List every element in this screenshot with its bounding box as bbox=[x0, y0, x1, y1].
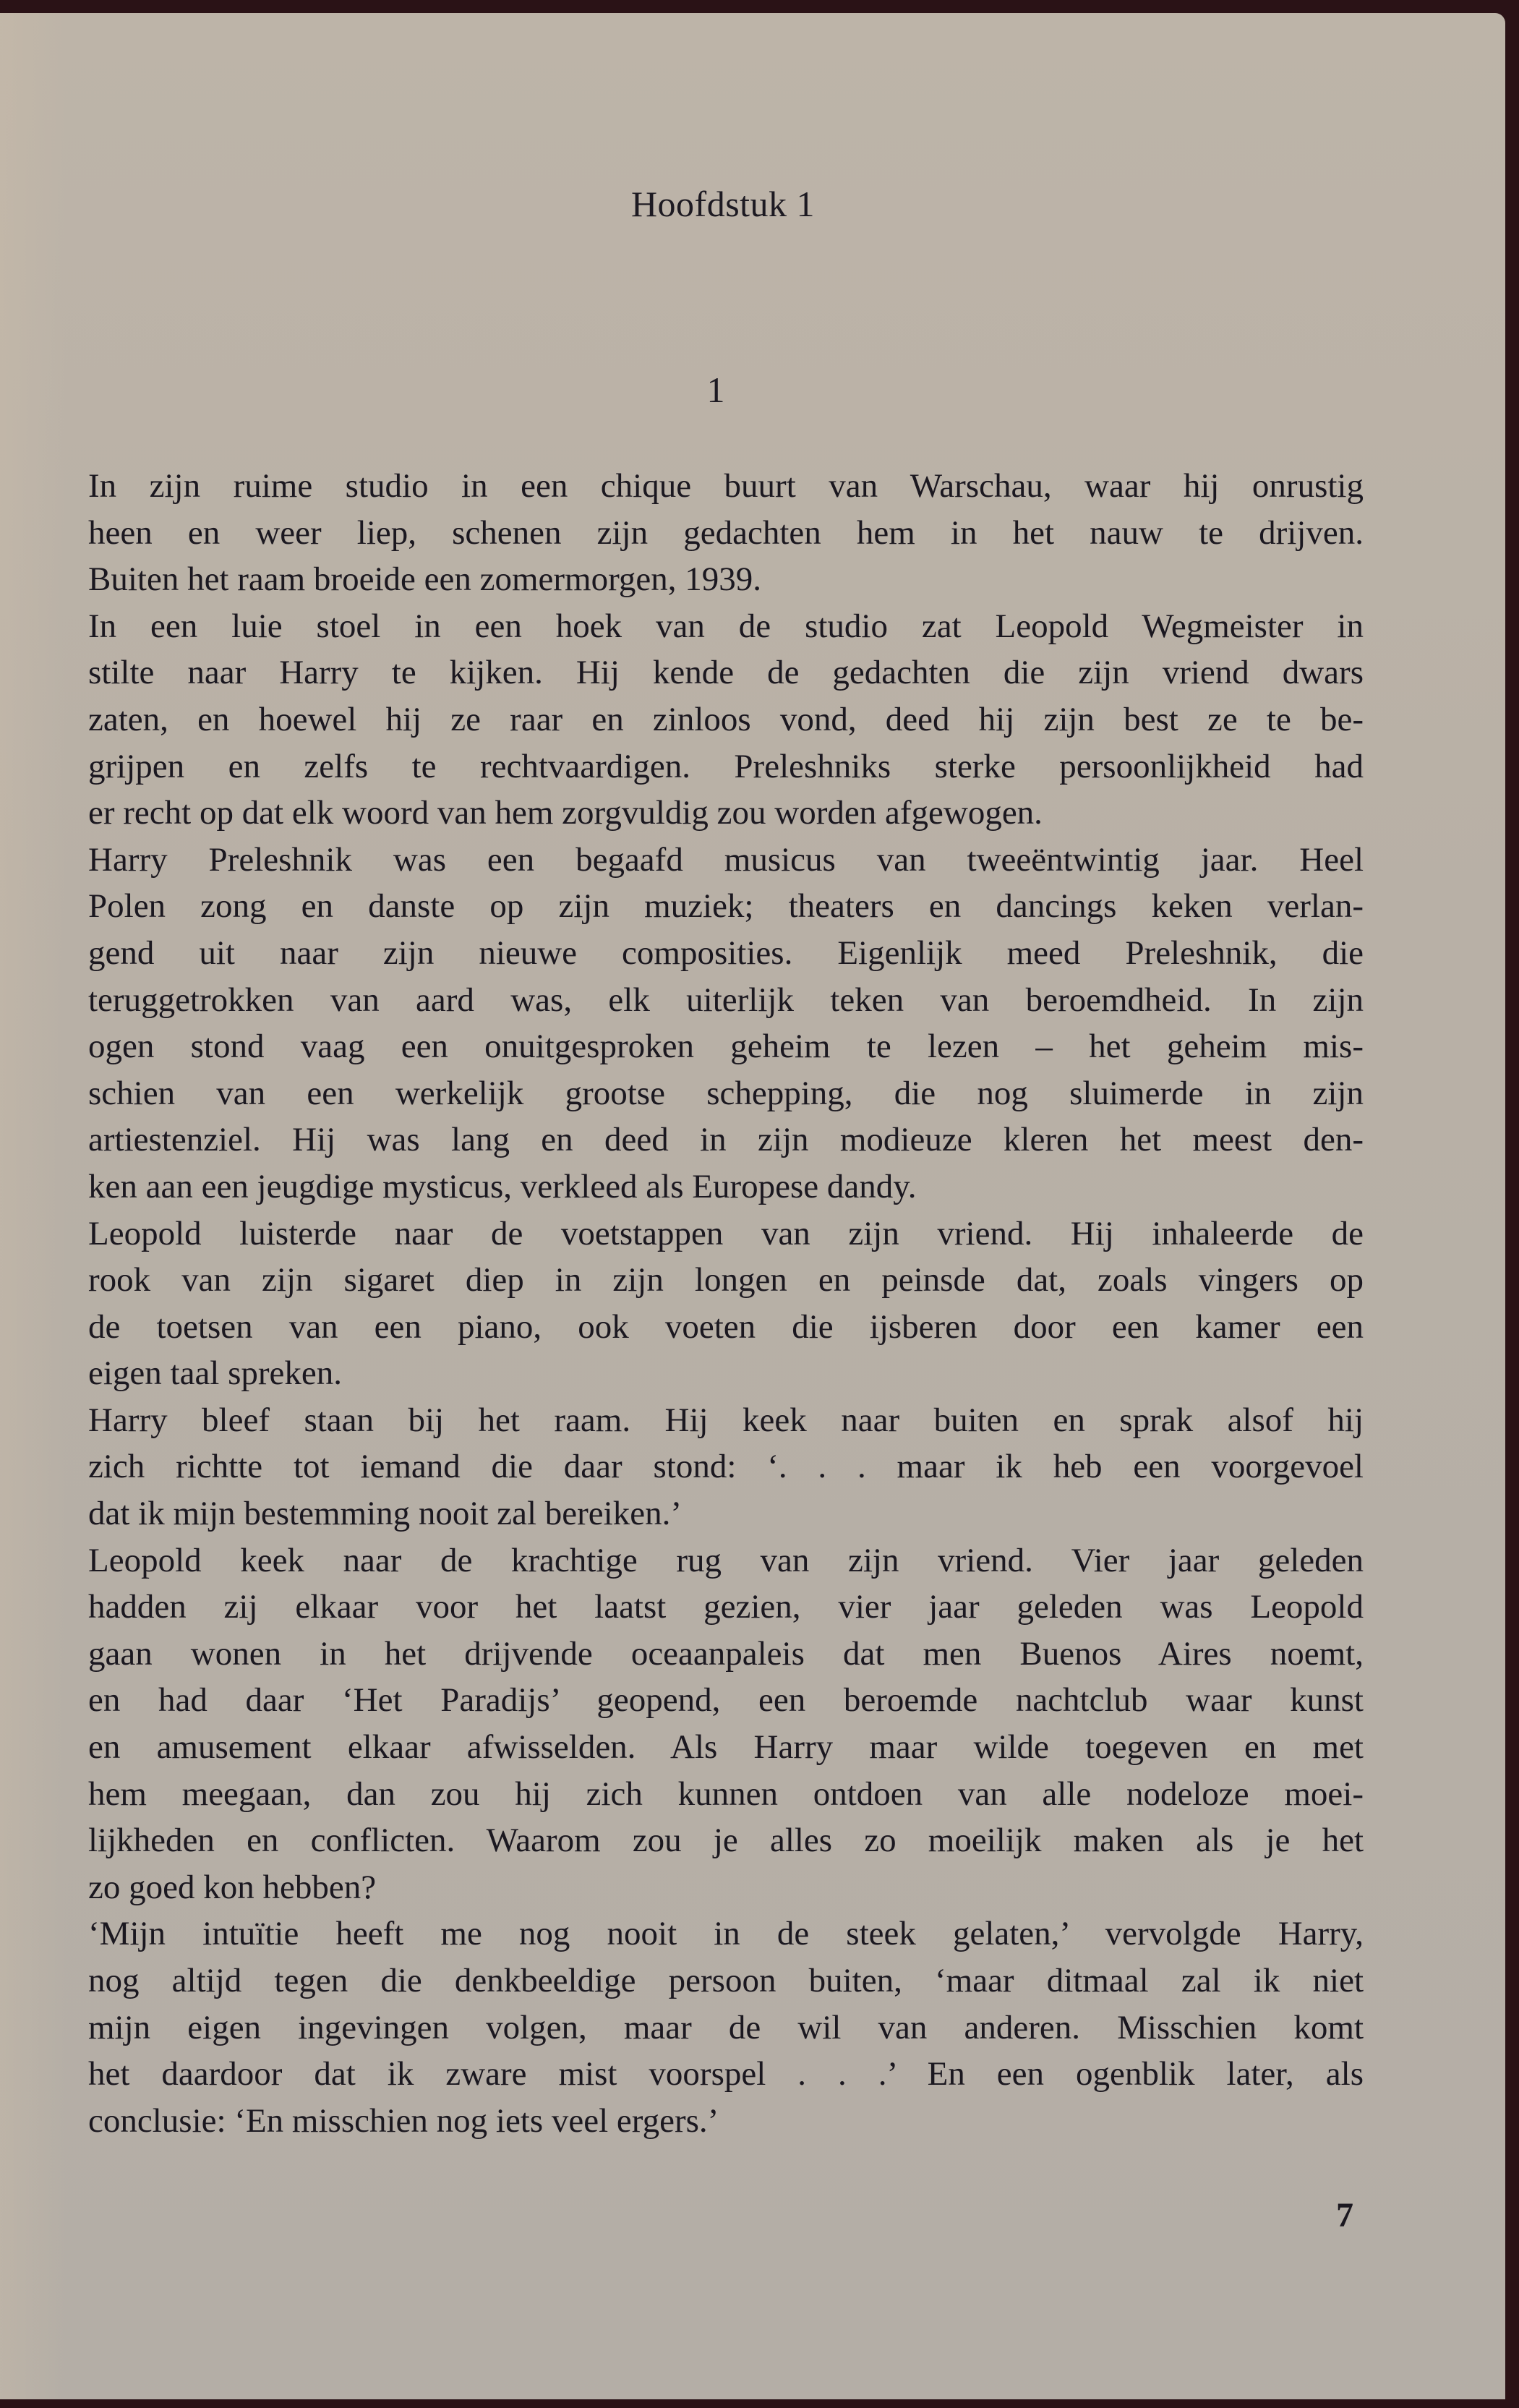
book-page: Hoofdstuk 1 1 In zijn ruime studio in ee… bbox=[0, 13, 1505, 2399]
text-line: hem meegaan, dan zou hij zich kunnen ont… bbox=[88, 1771, 1364, 1818]
text-line: zo goed kon hebben? bbox=[88, 1864, 1364, 1911]
text-line: Buiten het raam broeide een zomermorgen,… bbox=[88, 556, 1364, 603]
text-line: lijkheden en conflicten. Waarom zou je a… bbox=[88, 1817, 1364, 1864]
text-line: hadden zij elkaar voor het laatst gezien… bbox=[88, 1584, 1364, 1631]
page-number: 7 bbox=[1336, 2195, 1353, 2235]
text-line: het daardoor dat ik zware mist voorspel … bbox=[88, 2051, 1364, 2098]
text-line: ken aan een jeugdige mysticus, verkleed … bbox=[88, 1164, 1364, 1211]
text-line: stilte naar Harry te kijken. Hij kende d… bbox=[88, 649, 1364, 696]
paragraph: In zijn ruime studio in een chique buurt… bbox=[88, 463, 1364, 603]
text-line: In zijn ruime studio in een chique buurt… bbox=[88, 463, 1364, 510]
text-line: en had daar ‘Het Paradijs’ geopend, een … bbox=[88, 1677, 1364, 1724]
paragraph: Harry Preleshnik was een begaafd musicus… bbox=[88, 837, 1364, 1211]
paragraph: ‘Mijn intuïtie heeft me nog nooit in de … bbox=[88, 1910, 1364, 2144]
text-line: Leopold keek naar de krachtige rug van z… bbox=[88, 1537, 1364, 1584]
text-line: Leopold luisterde naar de voetstappen va… bbox=[88, 1211, 1364, 1258]
section-number: 1 bbox=[0, 369, 1432, 411]
text-line: In een luie stoel in een hoek van de stu… bbox=[88, 603, 1364, 650]
text-line: mijn eigen ingevingen volgen, maar de wi… bbox=[88, 2004, 1364, 2052]
text-line: nog altijd tegen die denkbeeldige persoo… bbox=[88, 1957, 1364, 2004]
body-text: In zijn ruime studio in een chique buurt… bbox=[88, 463, 1364, 2144]
text-line: ogen stond vaag een onuitgesproken gehei… bbox=[88, 1023, 1364, 1070]
chapter-title: Hoofdstuk 1 bbox=[0, 183, 1446, 225]
text-line: heen en weer liep, schenen zijn gedachte… bbox=[88, 510, 1364, 557]
text-line: Polen zong en danste op zijn muziek; the… bbox=[88, 883, 1364, 930]
text-line: de toetsen van een piano, ook voeten die… bbox=[88, 1304, 1364, 1351]
text-line: Harry bleef staan bij het raam. Hij keek… bbox=[88, 1397, 1364, 1444]
text-line: gend uit naar zijn nieuwe composities. E… bbox=[88, 930, 1364, 977]
text-line: gaan wonen in het drijvende oceaanpaleis… bbox=[88, 1631, 1364, 1678]
text-line: ‘Mijn intuïtie heeft me nog nooit in de … bbox=[88, 1910, 1364, 1957]
paragraph: Harry bleef staan bij het raam. Hij keek… bbox=[88, 1397, 1364, 1537]
text-line: grijpen en zelfs te rechtvaardigen. Prel… bbox=[88, 743, 1364, 790]
text-line: schien van een werkelijk grootse scheppi… bbox=[88, 1070, 1364, 1117]
text-line: teruggetrokken van aard was, elk uiterli… bbox=[88, 977, 1364, 1024]
text-line: eigen taal spreken. bbox=[88, 1350, 1364, 1397]
text-line: rook van zijn sigaret diep in zijn longe… bbox=[88, 1257, 1364, 1304]
paragraph: Leopold keek naar de krachtige rug van z… bbox=[88, 1537, 1364, 1911]
text-line: Harry Preleshnik was een begaafd musicus… bbox=[88, 837, 1364, 884]
text-line: artiestenziel. Hij was lang en deed in z… bbox=[88, 1117, 1364, 1164]
text-line: conclusie: ‘En misschien nog iets veel e… bbox=[88, 2098, 1364, 2145]
text-line: zich richtte tot iemand die daar stond: … bbox=[88, 1443, 1364, 1490]
paragraph: Leopold luisterde naar de voetstappen va… bbox=[88, 1211, 1364, 1397]
text-line: dat ik mijn bestemming nooit zal bereike… bbox=[88, 1490, 1364, 1537]
text-line: en amusement elkaar afwisselden. Als Har… bbox=[88, 1724, 1364, 1771]
text-line: zaten, en hoewel hij ze raar en zinloos … bbox=[88, 696, 1364, 743]
text-line: er recht op dat elk woord van hem zorgvu… bbox=[88, 790, 1364, 837]
paragraph: In een luie stoel in een hoek van de stu… bbox=[88, 603, 1364, 837]
